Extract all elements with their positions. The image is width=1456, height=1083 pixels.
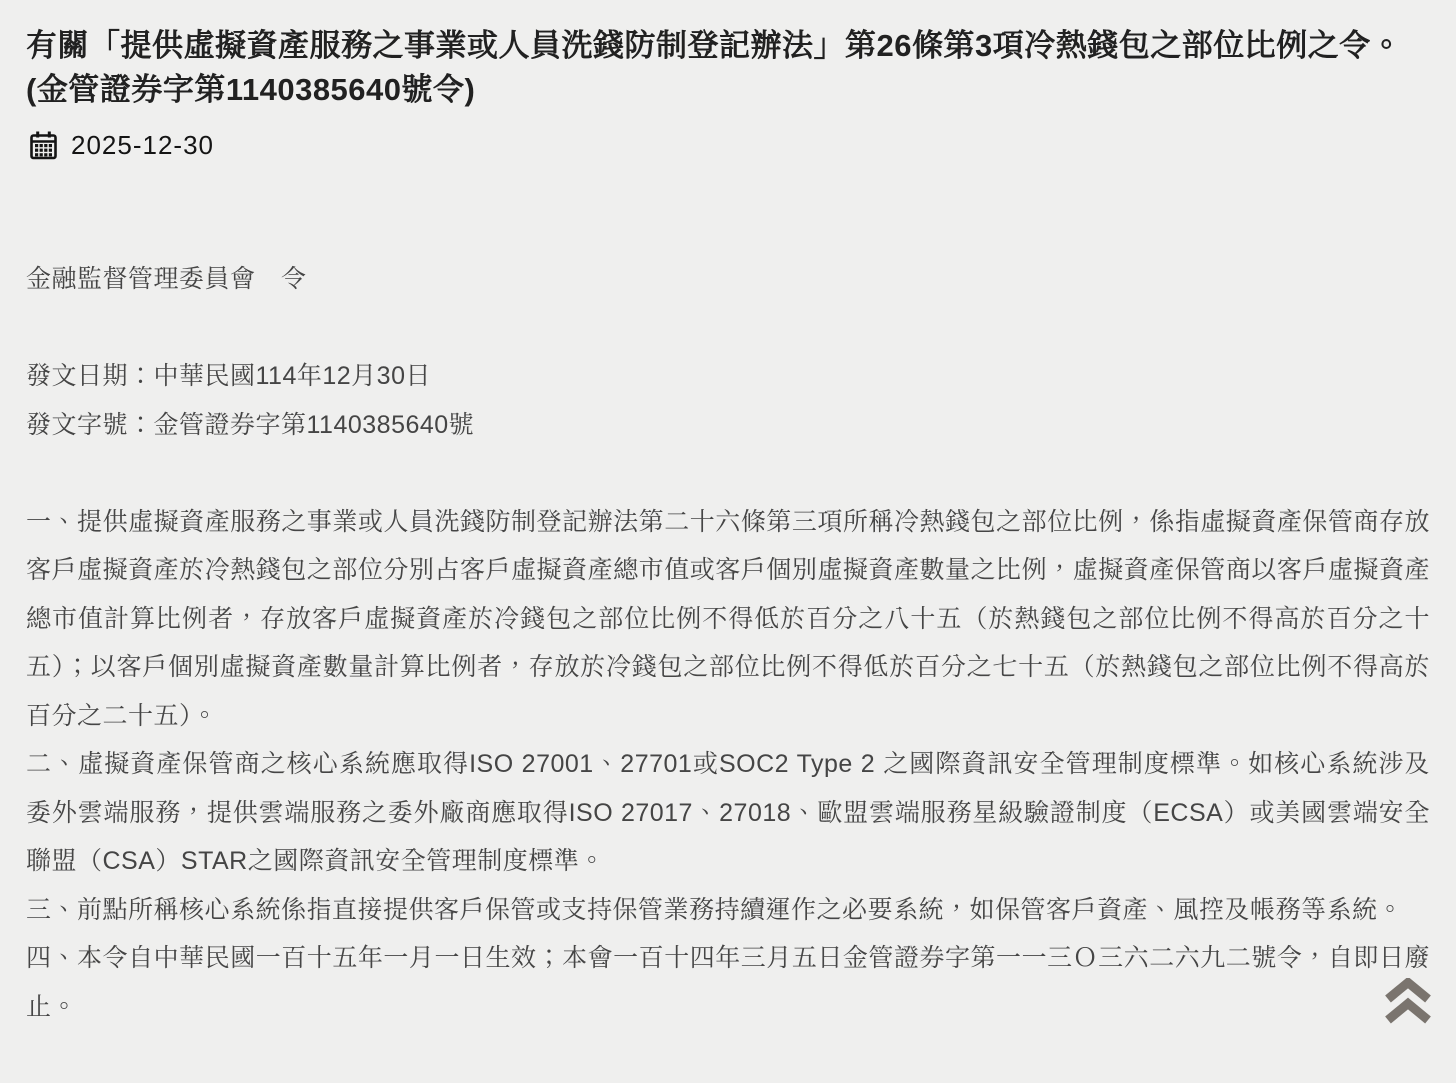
doc-number-line: 發文字號：金管證券字第1140385640號 <box>26 401 1430 450</box>
article-3: 三、前點所稱核心系統係指直接提供客戶保管或支持保管業務持續運作之必要系統，如保管… <box>26 886 1430 935</box>
article-1: 一、提供虛擬資產服務之事業或人員洗錢防制登記辦法第二十六條第三項所稱冷熱錢包之部… <box>26 498 1430 741</box>
back-to-top-button[interactable] <box>1384 978 1432 1025</box>
issue-date-line: 發文日期：中華民國114年12月30日 <box>26 352 1430 401</box>
calendar-icon <box>30 131 57 160</box>
issuer-line: 金融監督管理委員會 令 <box>26 255 1430 304</box>
page-title: 有關「提供虛擬資產服務之事業或人員洗錢防制登記辦法」第26條第3項冷熱錢包之部位… <box>26 24 1430 112</box>
double-chevron-up-icon <box>1384 978 1432 1025</box>
article-2: 二、虛擬資產保管商之核心系統應取得ISO 27001、27701或SOC2 Ty… <box>26 740 1430 886</box>
publish-date-row: 2025-12-30 <box>30 130 1430 161</box>
order-body: 金融監督管理委員會 令 發文日期：中華民國114年12月30日 發文字號：金管證… <box>26 255 1430 1031</box>
publish-date: 2025-12-30 <box>71 130 214 161</box>
article-4: 四、本令自中華民國一百十五年一月一日生效；本會一百十四年三月五日金管證券字第一一… <box>26 934 1430 1031</box>
announcement-page: 有關「提供虛擬資產服務之事業或人員洗錢防制登記辦法」第26條第3項冷熱錢包之部位… <box>0 0 1456 1083</box>
